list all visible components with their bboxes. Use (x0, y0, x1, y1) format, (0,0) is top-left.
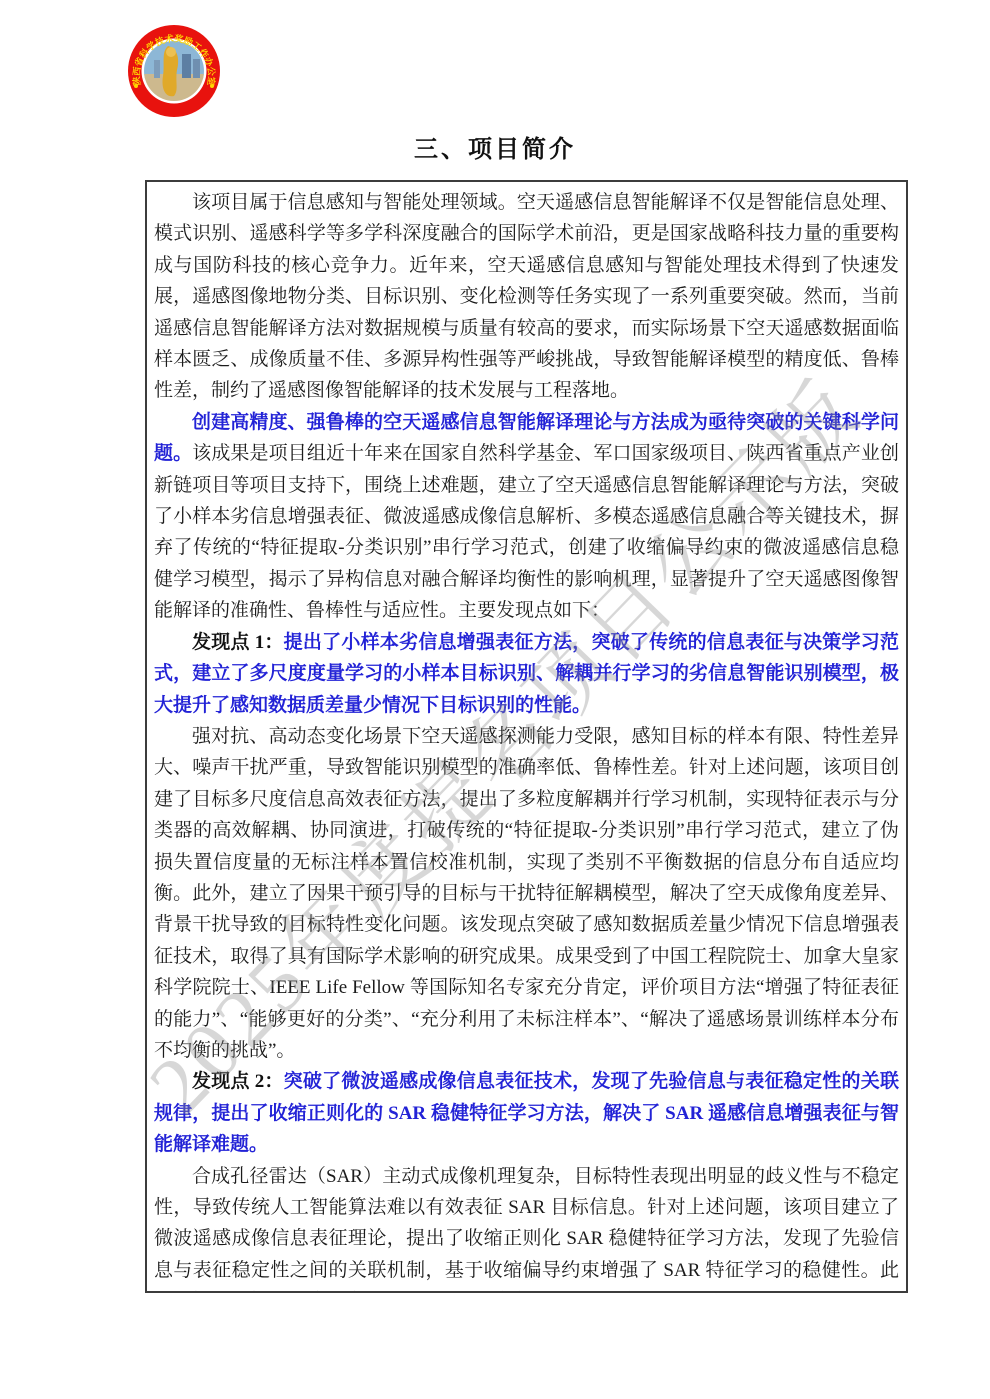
text-run: 该项目属于信息感知与智能处理领域。空天遥感信息智能解译不仅是智能信息处理、模式识… (154, 192, 899, 401)
paragraph-2: 创建高精度、强鲁棒的空天遥感信息智能解译理论与方法成为亟待突破的关键科学问题。该… (154, 407, 899, 627)
seal-graphic: 陕西省科学技术奖励工作办公室 (127, 24, 221, 118)
paragraph-3: 发现点 1：提出了小样本劣信息增强表征方法，突破了传统的信息表征与决策学习范式，… (154, 627, 899, 721)
paragraphs-container: 该项目属于信息感知与智能处理领域。空天遥感信息智能解译不仅是智能信息处理、模式识… (154, 187, 899, 1293)
paragraph-5: 发现点 2：突破了微波遥感成像信息表征技术，发现了先验信息与表征稳定性的关联规律… (154, 1066, 899, 1160)
text-run: 发现点 2： (192, 1071, 284, 1092)
paragraph-4: 强对抗、高动态变化场景下空天遥感探测能力受限，感知目标的样本有限、特性差异大、噪… (154, 721, 899, 1066)
paragraph-1: 该项目属于信息感知与智能处理领域。空天遥感信息智能解译不仅是智能信息处理、模式识… (154, 187, 899, 407)
text-run: 发现点 1： (192, 632, 284, 653)
document-page: { "page": { "title": "三、项目简介" }, "seal":… (0, 0, 990, 1399)
seal-left-star (134, 84, 138, 88)
text-run: 强对抗、高动态变化场景下空天遥感探测能力受限，感知目标的样本有限、特性差异大、噪… (154, 726, 899, 1061)
award-office-seal: 陕西省科学技术奖励工作办公室 (127, 24, 221, 118)
text-run: 合成孔径雷达（SAR）主动式成像机理复杂，目标特性表现出明显的歧义性与不稳定性，… (154, 1166, 899, 1293)
page-title: 三、项目简介 (0, 129, 990, 164)
paragraph-6: 合成孔径雷达（SAR）主动式成像机理复杂，目标特性表现出明显的歧义性与不稳定性，… (154, 1161, 899, 1293)
text-run: 该成果是项目组近十年来在国家自然科学基金、军口国家级项目、陕西省重点产业创新链项… (154, 443, 899, 621)
seal-right-star (210, 84, 214, 88)
project-summary-box: 该项目属于信息感知与智能处理领域。空天遥感信息智能解译不仅是智能信息处理、模式识… (145, 180, 908, 1293)
